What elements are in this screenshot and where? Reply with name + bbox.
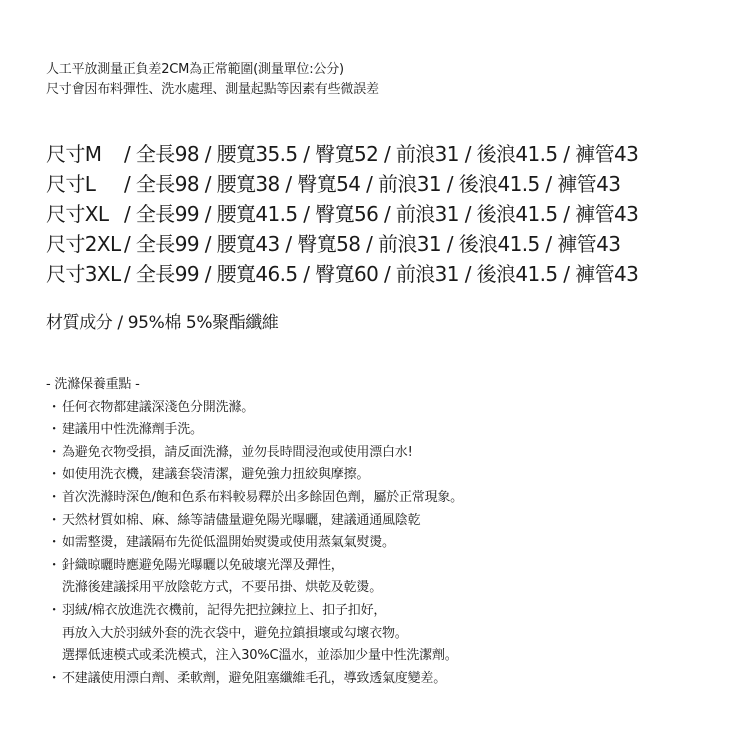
care-title: - 洗滌保養重點 - (46, 374, 463, 397)
note-line-variance: 尺寸會因布料彈性、洗水處理、測量起點等因素有些微誤差 (46, 80, 379, 100)
size-row-3xl: 尺寸3XL / 全長99 / 腰寬46.5 / 臀寬60 / 前浪31 / 後浪… (46, 259, 638, 289)
care-item: ・不建議使用漂白劑、柔軟劑，避免阻塞纖維毛孔，導致透氣度變差。 (46, 668, 463, 691)
care-item: ・天然材質如棉、麻、絲等請儘量避免陽光曝曬，建議通通風陰乾 (46, 510, 463, 533)
size-values: / 全長98 / 腰寬35.5 / 臀寬52 / 前浪31 / 後浪41.5 /… (124, 139, 638, 169)
care-instructions: - 洗滌保養重點 - ・任何衣物都建議深淺色分開洗滌。 ・建議用中性洗滌劑手洗。… (46, 374, 463, 690)
size-values: / 全長98 / 腰寬38 / 臀寬54 / 前浪31 / 後浪41.5 / 褲… (124, 169, 620, 199)
care-item-text: 建議用中性洗滌劑手洗。 (62, 422, 203, 437)
care-item-text: 羽絨/棉衣放進洗衣機前，記得先把拉鍊拉上、扣子扣好， (62, 603, 386, 618)
bullet-icon: ・ (46, 668, 62, 691)
care-item: ・羽絨/棉衣放進洗衣機前，記得先把拉鍊拉上、扣子扣好， (46, 600, 463, 623)
size-row-l: 尺寸L / 全長98 / 腰寬38 / 臀寬54 / 前浪31 / 後浪41.5… (46, 169, 638, 199)
size-row-2xl: 尺寸2XL / 全長99 / 腰寬43 / 臀寬58 / 前浪31 / 後浪41… (46, 229, 638, 259)
care-item-text: 不建議使用漂白劑、柔軟劑，避免阻塞纖維毛孔，導致透氣度變差。 (62, 671, 446, 686)
care-item: ・首次洗滌時深色/飽和色系布料較易釋於出多餘固色劑，屬於正常現象。 (46, 487, 463, 510)
size-label: 尺寸L (46, 169, 124, 199)
bullet-icon: ・ (46, 464, 62, 487)
care-item-continuation: 再放入大於羽絨外套的洗衣袋中，避免拉鎮損壞或勾壞衣物。 (46, 623, 463, 646)
size-values: / 全長99 / 腰寬43 / 臀寬58 / 前浪31 / 後浪41.5 / 褲… (124, 229, 620, 259)
care-item-continuation: 選擇低速模式或柔洗模式，注入30%C溫水，並添加少量中性洗潔劑。 (46, 645, 463, 668)
size-values: / 全長99 / 腰寬46.5 / 臀寬60 / 前浪31 / 後浪41.5 /… (124, 259, 638, 289)
material-composition: 材質成分 / 95%棉 5%聚酯纖維 (46, 310, 279, 336)
care-item: ・如需整燙，建議隔布先從低溫開始熨燙或使用蒸氣氣熨燙。 (46, 532, 463, 555)
size-label: 尺寸2XL (46, 229, 124, 259)
care-item-text: 如需整燙，建議隔布先從低溫開始熨燙或使用蒸氣氣熨燙。 (62, 535, 395, 550)
care-item: ・任何衣物都建議深淺色分開洗滌。 (46, 397, 463, 420)
bullet-icon: ・ (46, 419, 62, 442)
size-label: 尺寸3XL (46, 259, 124, 289)
note-line-tolerance: 人工平放測量正負差2CM為正常範圍(測量單位:公分) (46, 60, 379, 80)
care-item-text: 如使用洗衣機，建議套袋清潔，避免強力扭絞與摩擦。 (62, 467, 369, 482)
size-label: 尺寸XL (46, 199, 124, 229)
care-item-text: 為避免衣物受損，請反面洗滌，並勿長時間浸泡或使用漂白水! (62, 445, 413, 460)
measurement-note: 人工平放測量正負差2CM為正常範圍(測量單位:公分) 尺寸會因布料彈性、洗水處理… (46, 60, 379, 100)
care-item-text: 天然材質如棉、麻、絲等請儘量避免陽光曝曬，建議通通風陰乾 (62, 513, 420, 528)
bullet-icon: ・ (46, 510, 62, 533)
bullet-icon: ・ (46, 442, 62, 465)
care-item-text: 任何衣物都建議深淺色分開洗滌。 (62, 400, 254, 415)
care-item: ・建議用中性洗滌劑手洗。 (46, 419, 463, 442)
size-chart: 尺寸M / 全長98 / 腰寬35.5 / 臀寬52 / 前浪31 / 後浪41… (46, 139, 638, 289)
bullet-icon: ・ (46, 487, 62, 510)
care-item: ・為避免衣物受損，請反面洗滌，並勿長時間浸泡或使用漂白水! (46, 442, 463, 465)
bullet-icon: ・ (46, 397, 62, 420)
size-label: 尺寸M (46, 139, 124, 169)
care-item: ・針織晾曬時應避免陽光曝曬以免破壞光澤及彈性， (46, 555, 463, 578)
size-row-m: 尺寸M / 全長98 / 腰寬35.5 / 臀寬52 / 前浪31 / 後浪41… (46, 139, 638, 169)
care-item-text: 首次洗滌時深色/飽和色系布料較易釋於出多餘固色劑，屬於正常現象。 (62, 490, 463, 505)
size-row-xl: 尺寸XL / 全長99 / 腰寬41.5 / 臀寬56 / 前浪31 / 後浪4… (46, 199, 638, 229)
care-item: ・如使用洗衣機，建議套袋清潔，避免強力扭絞與摩擦。 (46, 464, 463, 487)
bullet-icon: ・ (46, 600, 62, 623)
care-item-text: 針織晾曬時應避免陽光曝曬以免破壞光澤及彈性， (62, 558, 344, 573)
size-values: / 全長99 / 腰寬41.5 / 臀寬56 / 前浪31 / 後浪41.5 /… (124, 199, 638, 229)
bullet-icon: ・ (46, 532, 62, 555)
bullet-icon: ・ (46, 555, 62, 578)
care-item-continuation: 洗滌後建議採用平放陰乾方式，不要吊掛、烘乾及乾燙。 (46, 577, 463, 600)
